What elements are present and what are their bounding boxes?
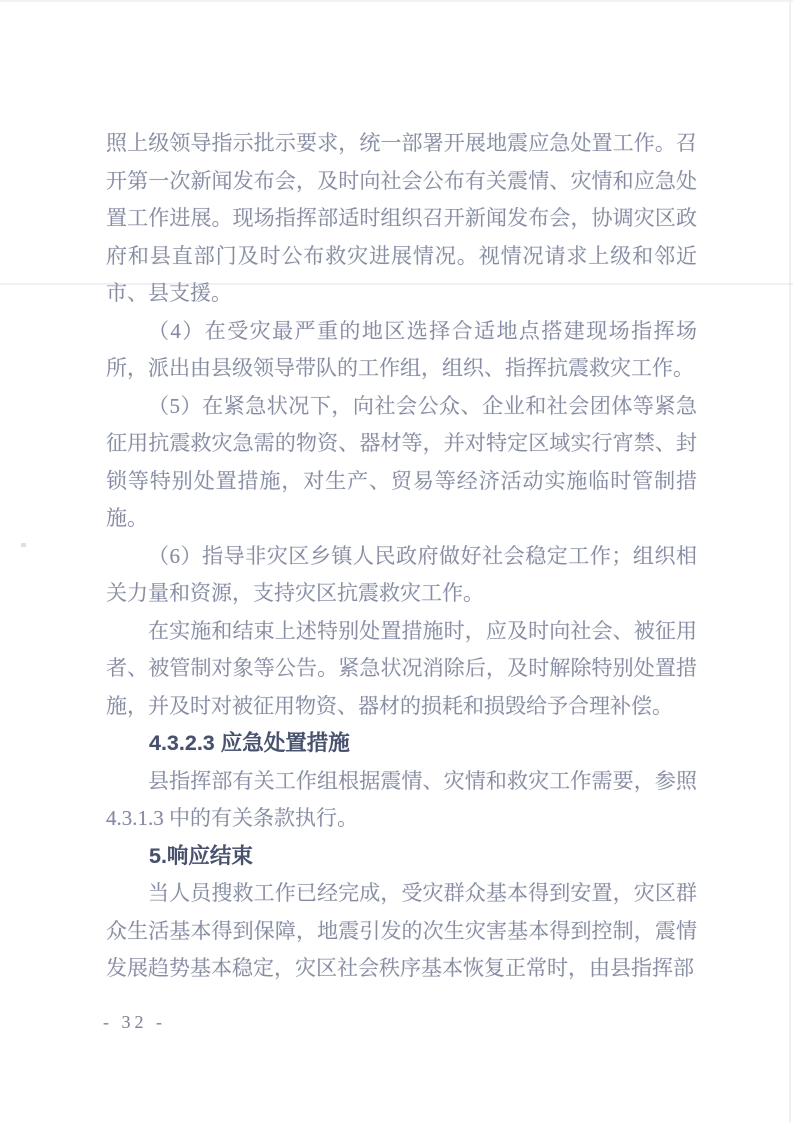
section-heading-5: 5.响应结束 xyxy=(106,838,697,876)
document-page: 照上级领导指示批示要求，统一部署开展地震应急处置工作。召开第一次新闻发布会，及时… xyxy=(0,0,793,1122)
paragraph-response-end: 当人员搜救工作已经完成，受灾群众基本得到安置，灾区群众生活基本得到保障，地震引发… xyxy=(106,875,697,988)
paragraph-item-4: （4）在受灾最严重的地区选择合适地点搭建现场指挥场所，派出由县级领导带队的工作组… xyxy=(106,313,697,388)
scan-edge-top xyxy=(0,0,793,2)
scan-artifact-speck xyxy=(21,543,26,547)
section-heading-4-3-2-3: 4.3.2.3 应急处置措施 xyxy=(106,725,697,763)
paragraph-item-6: （6）指导非灾区乡镇人民政府做好社会稳定工作；组织相关力量和资源，支持灾区抗震救… xyxy=(106,538,697,613)
paragraph-continuation: 照上级领导指示批示要求，统一部署开展地震应急处置工作。召开第一次新闻发布会，及时… xyxy=(106,125,697,313)
paragraph-item-5: （5）在紧急状况下，向社会公众、企业和社会团体等紧急征用抗震救灾急需的物资、器材… xyxy=(106,388,697,538)
scan-edge-right xyxy=(789,0,791,1122)
page-number: - 32 - xyxy=(103,1012,166,1033)
document-body-text: 照上级领导指示批示要求，统一部署开展地震应急处置工作。召开第一次新闻发布会，及时… xyxy=(106,125,697,988)
paragraph-command-group: 县指挥部有关工作组根据震情、灾情和救灾工作需要，参照4.3.1.3 中的有关条款… xyxy=(106,763,697,838)
paragraph-special-measures: 在实施和结束上述特别处置措施时，应及时向社会、被征用者、被管制对象等公告。紧急状… xyxy=(106,613,697,726)
